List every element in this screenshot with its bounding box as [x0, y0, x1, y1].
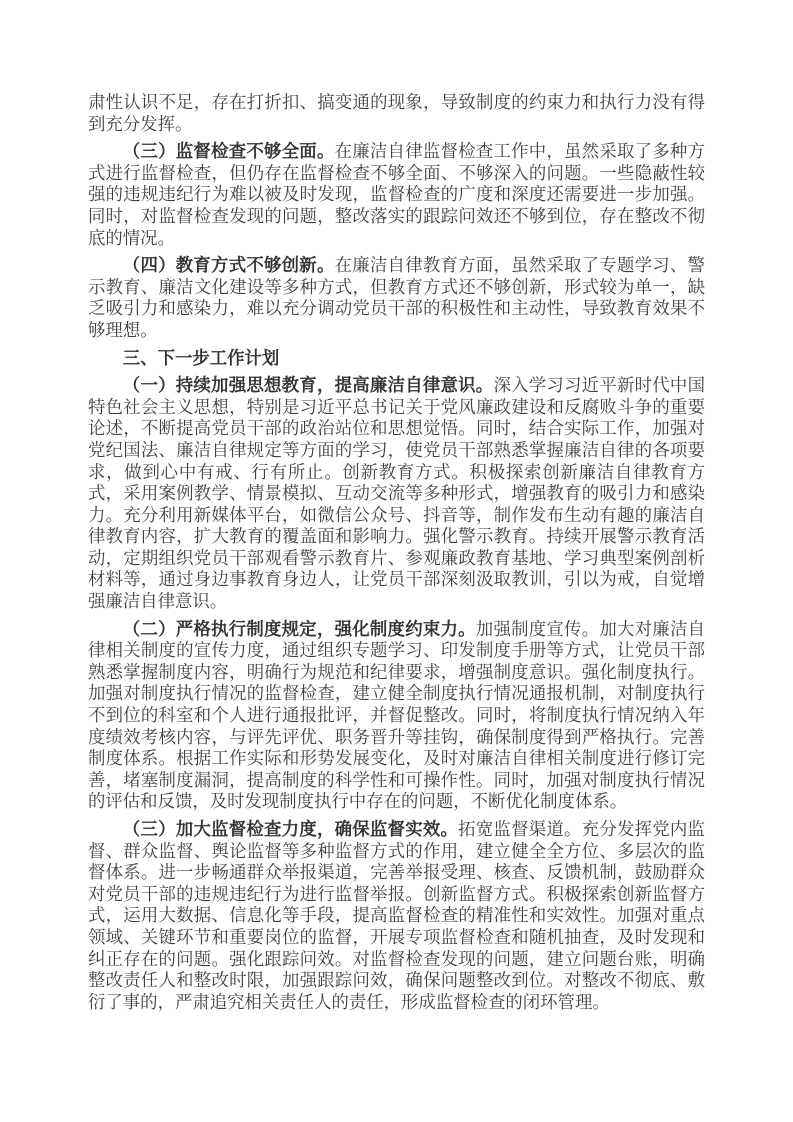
paragraph: 肃性认识不足，存在打折扣、搞变通的现象，导致制度的约束力和执行力没有得到充分发挥…	[88, 92, 705, 135]
paragraph-text: 深入学习习近平新时代中国特色社会主义思想，特别是习近平总书记关于党风廉政建设和反…	[88, 375, 705, 611]
paragraph: （三）监督检查不够全面。在廉洁自律监督检查工作中，虽然采取了多种方式进行监督检查…	[88, 141, 705, 249]
paragraph: （四）教育方式不够创新。在廉洁自律教育方面，虽然采取了专题学习、警示教育、廉洁文…	[88, 255, 705, 341]
paragraph: （三）加大监督检查力度，确保监督实效。拓宽监督渠道。充分发挥党内监督、群众监督、…	[88, 819, 705, 1013]
paragraph: （二）严格执行制度规定，强化制度约束力。加强制度宣传。加大对廉洁自律相关制度的宣…	[88, 619, 705, 813]
paragraph-lead: （三）加大监督检查力度，确保监督实效。	[123, 819, 458, 839]
paragraph-text: 肃性认识不足，存在打折扣、搞变通的现象，导致制度的约束力和执行力没有得到充分发挥…	[88, 92, 705, 134]
paragraph-lead: 三、下一步工作计划	[123, 348, 280, 368]
paragraph-text: 拓宽监督渠道。充分发挥党内监督、群众监督、舆论监督等多种监督方式的作用，建立健全…	[88, 819, 705, 1012]
paragraph-lead: （四）教育方式不够创新。	[123, 255, 335, 275]
document-body: 肃性认识不足，存在打折扣、搞变通的现象，导致制度的约束力和执行力没有得到充分发挥…	[88, 92, 705, 1013]
document-page: 肃性认识不足，存在打折扣、搞变通的现象，导致制度的约束力和执行力没有得到充分发挥…	[0, 0, 793, 1122]
paragraph-lead: （一）持续加强思想教育，提高廉洁自律意识。	[123, 375, 494, 395]
paragraph: （一）持续加强思想教育，提高廉洁自律意识。深入学习习近平新时代中国特色社会主义思…	[88, 375, 705, 613]
section-heading: 三、下一步工作计划	[88, 348, 705, 370]
paragraph-text: 加强制度宣传。加大对廉洁自律相关制度的宣传力度，通过组织专题学习、印发制度手册等…	[88, 619, 705, 812]
paragraph-lead: （二）严格执行制度规定，强化制度约束力。	[123, 619, 476, 639]
paragraph-lead: （三）监督检查不够全面。	[123, 141, 335, 161]
